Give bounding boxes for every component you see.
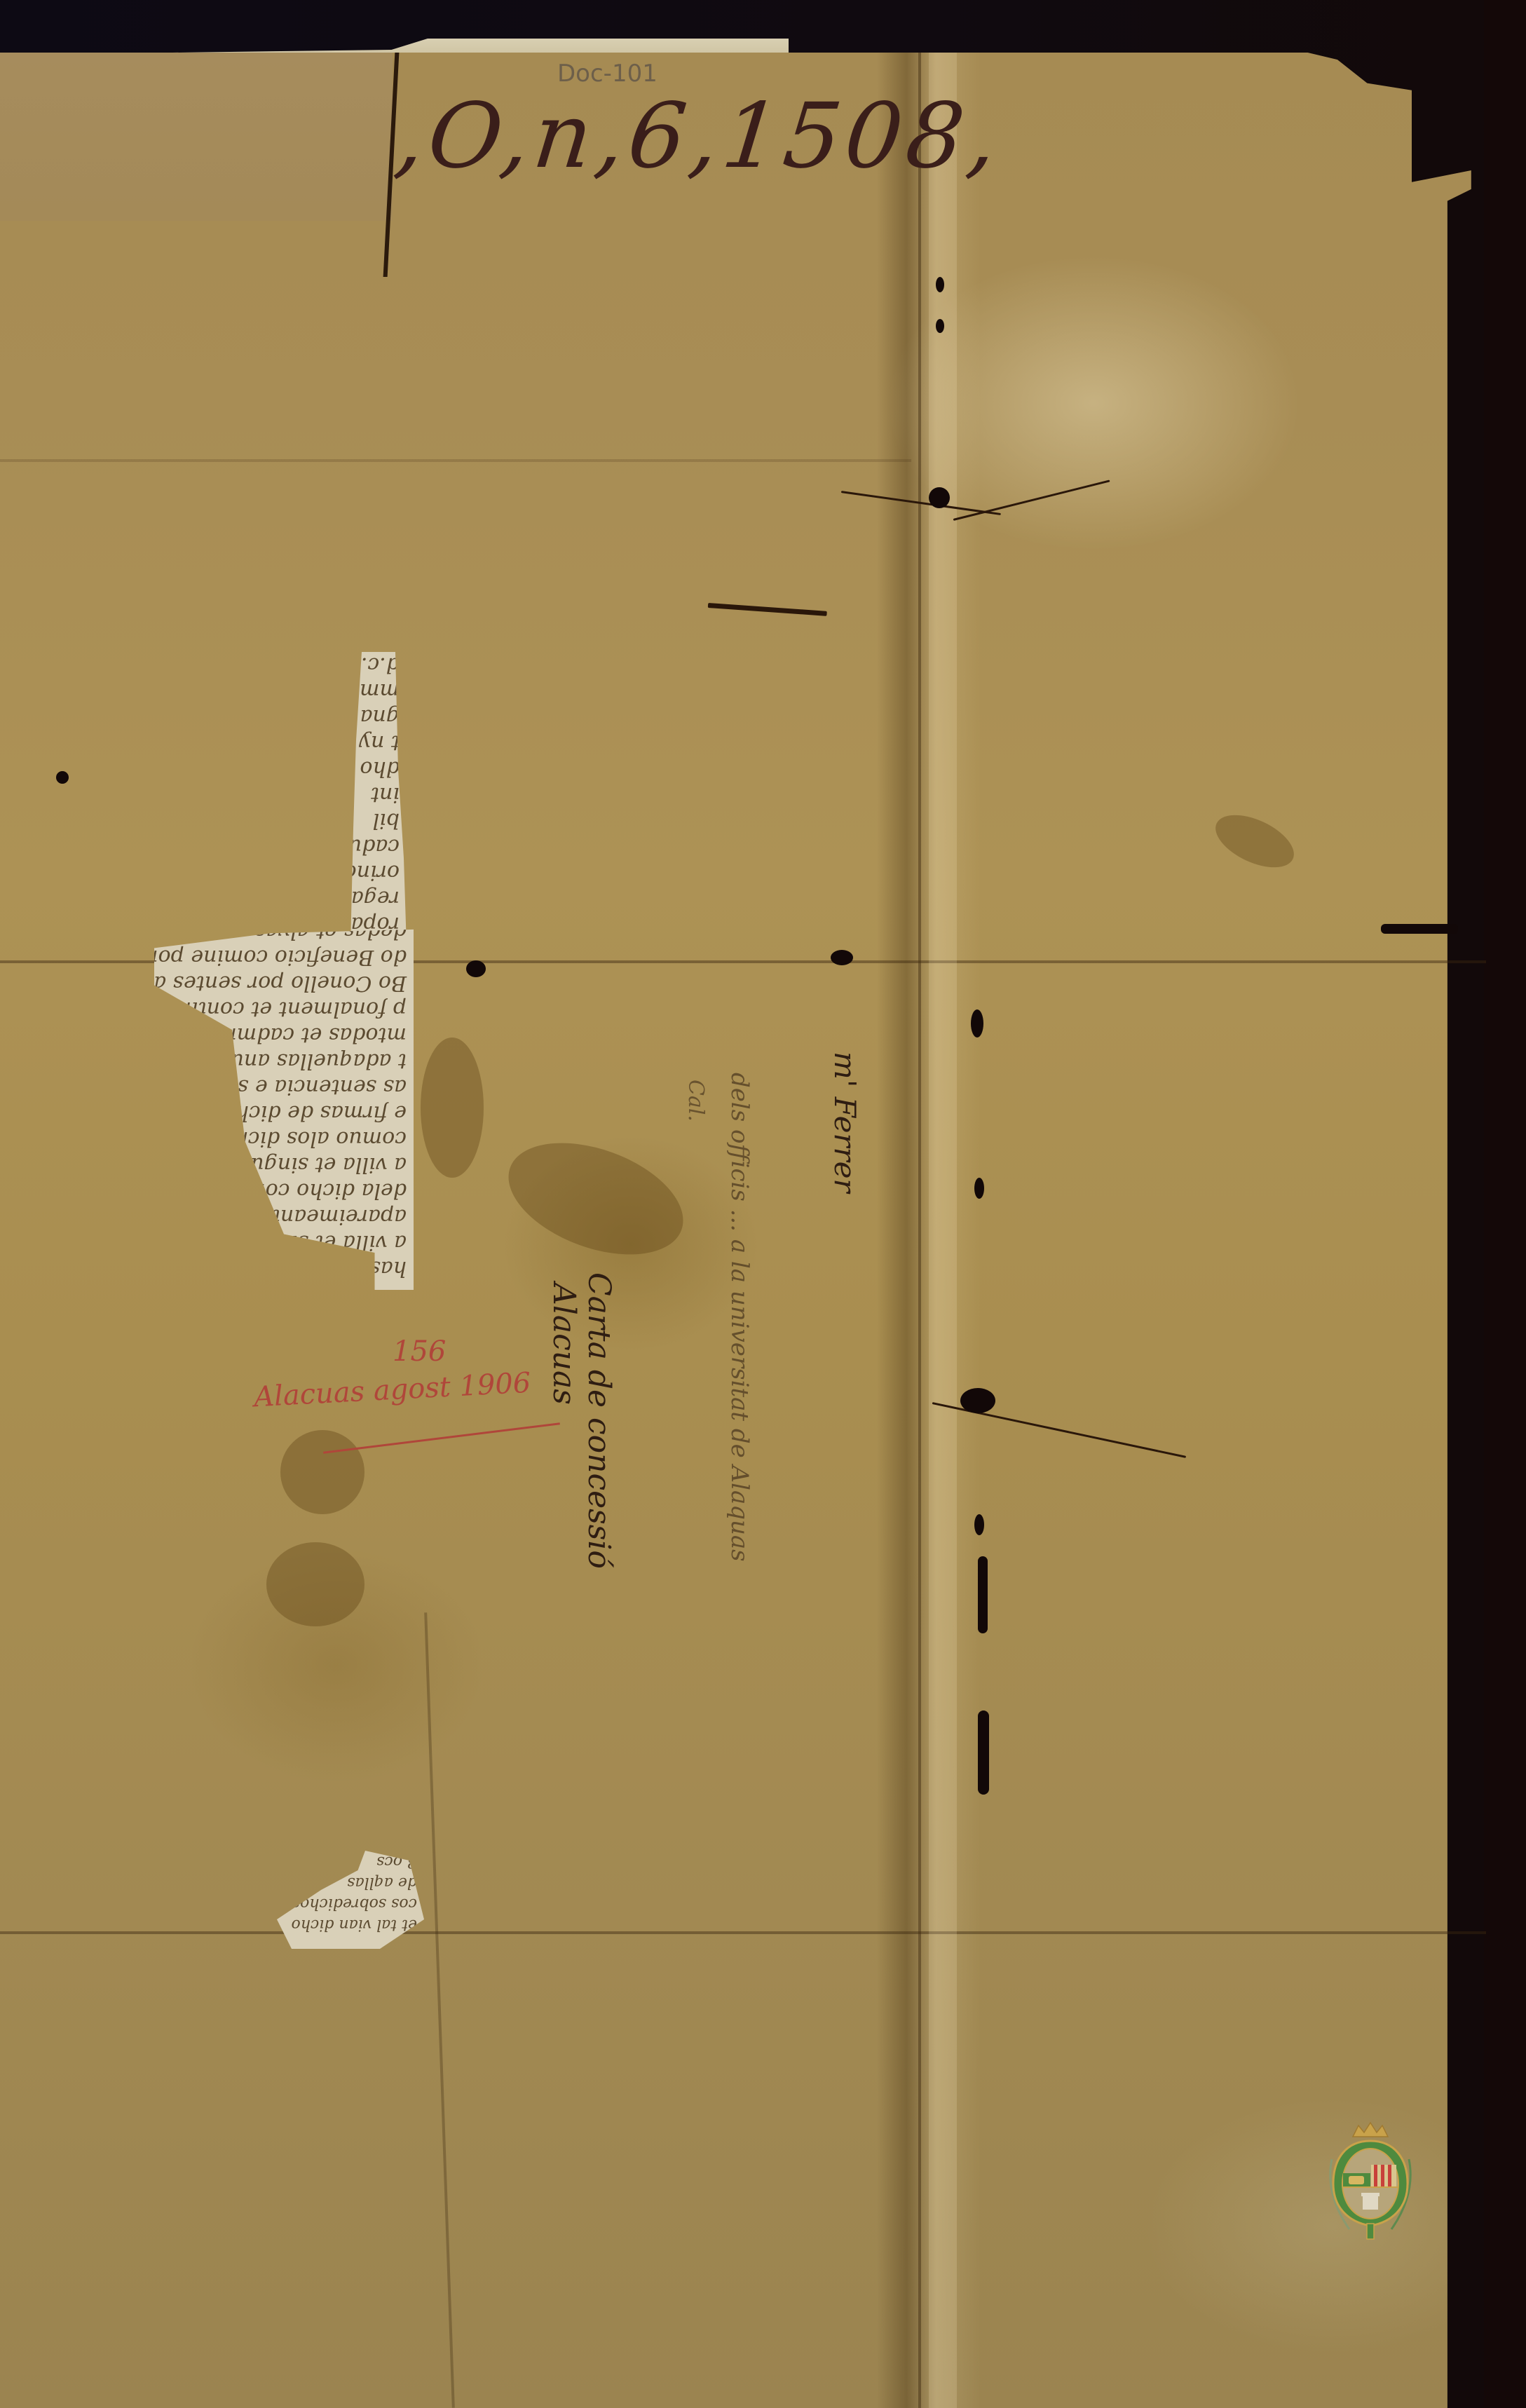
hole [466,960,486,977]
underlying-text-line: cadu [350,834,407,859]
endorsement-faint: dels officis ... a la universitat de Ala… [725,1073,754,1562]
underlying-text-line: bil [350,808,407,834]
endorsement-upper-right: m' Ferrer [828,1052,862,1193]
catalog-mark: Doc-101 [557,60,658,88]
document-reference: ,O,n,6,1508, [390,84,1006,189]
horizontal-fold [0,1931,1486,1934]
parchment-left-fold-panel [0,53,393,221]
underlying-text-line: int [350,782,407,808]
archival-number: 156 [393,1335,446,1368]
hole [936,277,944,292]
endorsement-faint-short: Cal. [683,1080,708,1122]
hole [56,771,69,784]
hole [978,1710,989,1795]
stain [266,1542,365,1626]
vertical-fold [918,53,921,2408]
hole [974,1514,984,1535]
stain [421,1038,484,1178]
underlying-text-line: et tal vian dicho [277,1914,424,1935]
fold-highlight [929,53,957,2408]
endorsement-main: Carta de concessió [581,1272,617,1569]
stain [280,1430,365,1514]
underlying-text-line: orinos [350,859,407,885]
endorsement-second: Alacuas [546,1283,582,1405]
hole [978,1556,988,1633]
horizontal-fold [0,459,911,462]
scan-right-edge [1484,0,1526,2408]
hole [974,1178,984,1199]
underlying-text-line: do Beneficio comine porarias dich [154,944,414,970]
hole [929,487,950,508]
hole [960,1388,995,1413]
underlying-text-line: regadas [350,885,407,911]
hole [971,1009,983,1038]
coat-of-arms-stamp-icon [1318,2117,1423,2243]
hole [1381,924,1458,934]
underlying-text-line: Bo Conello por sentes a [154,970,414,996]
hole [936,319,944,333]
hole [831,950,853,965]
